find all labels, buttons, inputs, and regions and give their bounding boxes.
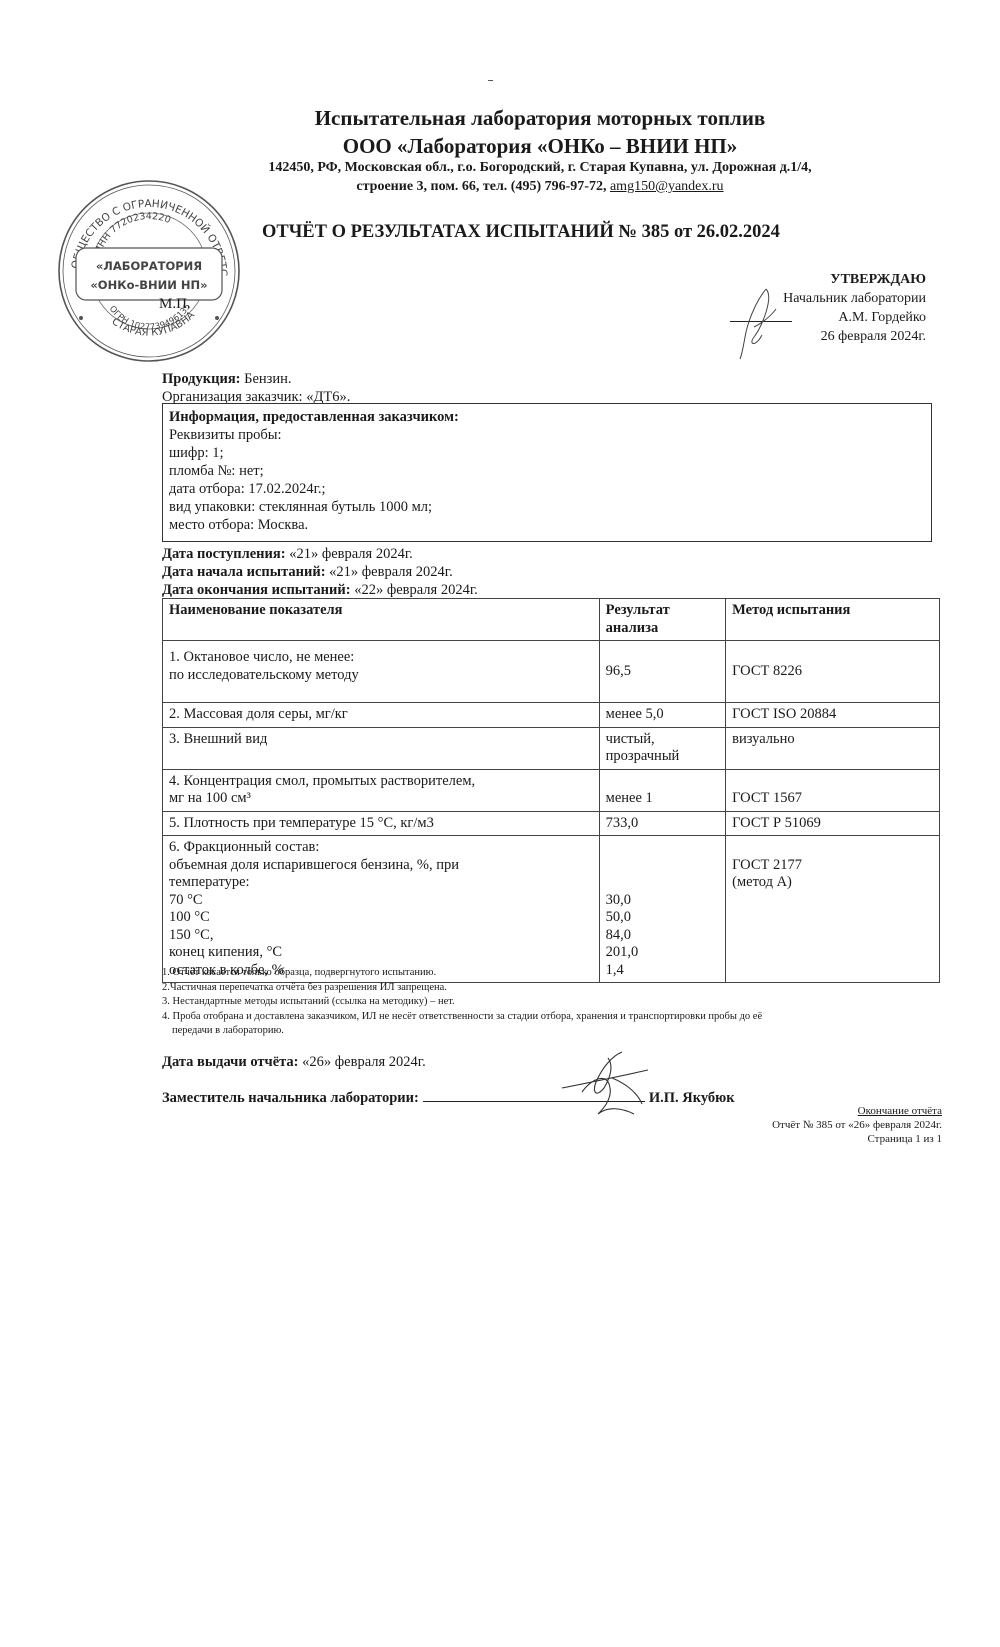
- indicator-cell: 5. Плотность при температуре 15 °С, кг/м…: [163, 811, 600, 836]
- header-indicator: Наименование показателя: [163, 599, 600, 641]
- customer-info-line: шифр: 1;: [169, 444, 925, 462]
- customer-info-box: Информация, предоставленная заказчиком: …: [162, 403, 932, 542]
- note-item: 3. Нестандартные методы испытаний (ссылк…: [162, 995, 952, 1010]
- address-line-1: 142450, РФ, Московская обл., г.о. Богоро…: [0, 160, 1000, 176]
- method-cell: ГОСТ ISO 20884: [726, 703, 940, 728]
- method-cell: ГОСТ 2177 (метод А): [726, 836, 940, 983]
- signature-icon: [736, 287, 786, 362]
- table-header-row: Наименование показателя Результат анализ…: [163, 599, 940, 641]
- note-item: 1. Отчёт касается только образца, подвер…: [162, 966, 952, 981]
- issue-date-value: «26» февраля 2024г.: [299, 1054, 426, 1070]
- end-date-value: «22» февраля 2024г.: [351, 582, 478, 598]
- method-cell: визуально: [726, 727, 940, 769]
- approval-heading: УТВЕРЖДАЮ: [783, 270, 926, 289]
- note-item: 4. Проба отобрана и доставлена заказчико…: [162, 1010, 952, 1025]
- product-value: Бензин.: [241, 371, 292, 387]
- address-line-2-text: строение 3, пом. 66, тел. (495) 796-97-7…: [356, 179, 610, 194]
- table-row: 6. Фракционный состав: объемная доля исп…: [163, 836, 940, 983]
- note-item-continuation: передачи в лабораторию.: [162, 1024, 952, 1039]
- method-cell: ГОСТ Р 51069: [726, 811, 940, 836]
- indicator-cell: 3. Внешний вид: [163, 727, 600, 769]
- results-table: Наименование показателя Результат анализ…: [162, 598, 940, 983]
- company-stamp-icon: ОБЩЕСТВО С ОГРАНИЧЕННОЙ ОТВЕТСТВЕННОСТЬЮ…: [56, 178, 241, 363]
- indicator-cell: 2. Массовая доля серы, мг/кг: [163, 703, 600, 728]
- deputy-label: Заместитель начальника лаборатории:: [162, 1090, 419, 1106]
- start-date: Дата начала испытаний: «21» февраля 2024…: [162, 563, 938, 581]
- table-row: 3. Внешний вид чистый, прозрачный визуал…: [163, 727, 940, 769]
- svg-text:«ЛАБОРАТОРИЯ: «ЛАБОРАТОРИЯ: [96, 259, 202, 273]
- report-reference: Отчёт № 385 от «26» февраля 2024г.: [772, 1118, 942, 1132]
- method-cell: ГОСТ 8226: [726, 641, 940, 703]
- result-cell: чистый, прозрачный: [599, 727, 725, 769]
- end-of-report-label: Окончание отчёта: [772, 1104, 942, 1118]
- footer: Окончание отчёта Отчёт № 385 от «26» фев…: [772, 1104, 942, 1146]
- received-date-value: «21» февраля 2024г.: [286, 546, 413, 562]
- scan-mark: [488, 80, 493, 81]
- report-title: ОТЧЁТ О РЕЗУЛЬТАТАХ ИСПЫТАНИЙ № 385 от 2…: [262, 222, 780, 243]
- table-row: 1. Октановое число, не менее: по исследо…: [163, 641, 940, 703]
- note-item: 2.Частичная перепечатка отчёта без разре…: [162, 981, 952, 996]
- org-name: ООО «Лаборатория «ОНКо – ВНИИ НП»: [0, 134, 1000, 159]
- customer-info-line: дата отбора: 17.02.2024г.;: [169, 480, 925, 498]
- customer-info-line: Реквизиты пробы:: [169, 426, 925, 444]
- svg-text:«ОНКо-ВНИИ НП»: «ОНКо-ВНИИ НП»: [90, 278, 207, 292]
- indicator-cell: 1. Октановое число, не менее: по исследо…: [163, 641, 600, 703]
- table-row: 2. Массовая доля серы, мг/кг менее 5,0 Г…: [163, 703, 940, 728]
- stamp-place-label: М.П.: [159, 296, 191, 313]
- header-result: Результат анализа: [599, 599, 725, 641]
- approval-position: Начальник лаборатории: [783, 289, 926, 308]
- table-row: 4. Концентрация смол, промытых растворит…: [163, 769, 940, 811]
- customer-info-line: место отбора: Москва.: [169, 516, 925, 534]
- start-date-label: Дата начала испытаний:: [162, 564, 326, 580]
- customer-info-line: пломба №: нет;: [169, 462, 925, 480]
- email-link[interactable]: amg150@yandex.ru: [610, 179, 724, 194]
- customer-info-line: вид упаковки: стеклянная бутыль 1000 мл;: [169, 498, 925, 516]
- indicator-cell: 6. Фракционный состав: объемная доля исп…: [163, 836, 600, 983]
- issue-date: Дата выдачи отчёта: «26» февраля 2024г.: [162, 1054, 426, 1071]
- result-cell: 733,0: [599, 811, 725, 836]
- received-date-label: Дата поступления:: [162, 546, 286, 562]
- issue-date-label: Дата выдачи отчёта:: [162, 1054, 299, 1070]
- notes: 1. Отчёт касается только образца, подвер…: [162, 966, 952, 1039]
- end-date: Дата окончания испытаний: «22» февраля 2…: [162, 581, 938, 599]
- signature-icon: [552, 1048, 662, 1118]
- result-cell: менее 5,0: [599, 703, 725, 728]
- header-method: Метод испытания: [726, 599, 940, 641]
- indicator-cell: 4. Концентрация смол, промытых растворит…: [163, 769, 600, 811]
- product-label: Продукция:: [162, 371, 241, 387]
- approval-date: 26 февраля 2024г.: [783, 327, 926, 346]
- approval-block: УТВЕРЖДАЮ Начальник лаборатории А.М. Гор…: [783, 270, 926, 346]
- product-line: Продукция: Бензин.: [162, 370, 938, 388]
- table-row: 5. Плотность при температуре 15 °С, кг/м…: [163, 811, 940, 836]
- start-date-value: «21» февраля 2024г.: [326, 564, 453, 580]
- customer-info-heading: Информация, предоставленная заказчиком:: [169, 408, 925, 426]
- lab-name: Испытательная лаборатория моторных топли…: [0, 106, 1000, 131]
- method-cell: ГОСТ 1567: [726, 769, 940, 811]
- result-cell: 30,0 50,0 84,0 201,0 1,4: [599, 836, 725, 983]
- result-cell: 96,5: [599, 641, 725, 703]
- approval-name: А.М. Гордейко: [783, 308, 926, 327]
- page-number: Страница 1 из 1: [772, 1132, 942, 1146]
- end-date-label: Дата окончания испытаний:: [162, 582, 351, 598]
- result-cell: менее 1: [599, 769, 725, 811]
- received-date: Дата поступления: «21» февраля 2024г.: [162, 545, 938, 563]
